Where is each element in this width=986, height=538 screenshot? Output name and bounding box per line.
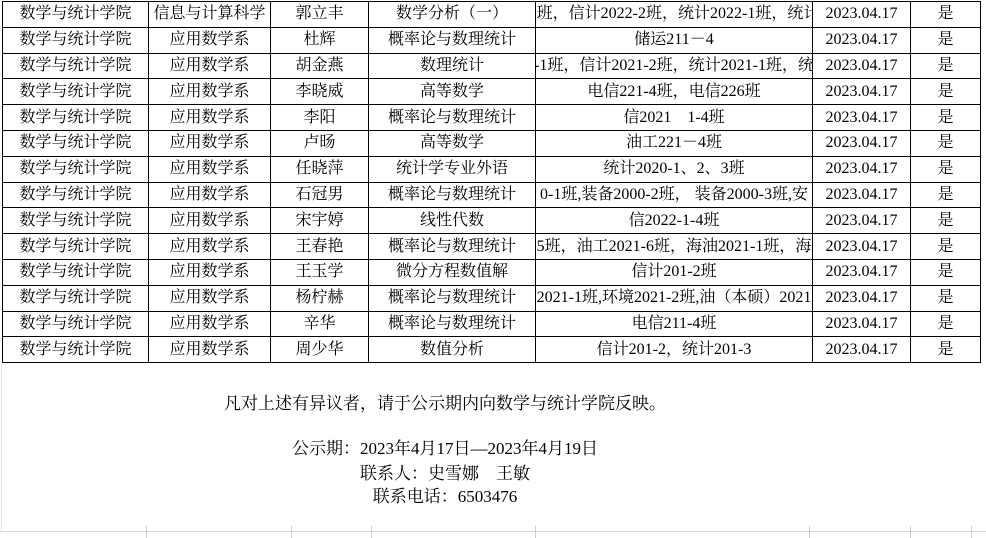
- sheet-gridline-tick: [146, 526, 147, 538]
- cell-teacher[interactable]: 杜辉: [271, 28, 369, 54]
- sheet-gridline-tick: [910, 526, 911, 538]
- cell-classes[interactable]: 统计2020-1、2、3班: [536, 157, 813, 183]
- cell-course[interactable]: 概率论与数理统计: [369, 234, 536, 260]
- cell-department[interactable]: 应用数学系: [149, 28, 271, 54]
- cell-college[interactable]: 数学与统计学院: [3, 260, 149, 286]
- cell-teacher[interactable]: 郭立丰: [271, 2, 369, 28]
- sheet-gridline-tick: [371, 526, 372, 538]
- table-row: 数学与统计学院 应用数学系 卢旸 高等数学 油工221－4班 2023.04.1…: [3, 131, 981, 157]
- cell-department[interactable]: 应用数学系: [149, 157, 271, 183]
- cell-confirm[interactable]: 是: [911, 157, 981, 183]
- cell-college[interactable]: 数学与统计学院: [3, 234, 149, 260]
- cell-date[interactable]: 2023.04.17: [813, 2, 911, 28]
- table-row: 数学与统计学院 应用数学系 宋宇婷 线性代数 信2022-1-4班 2023.0…: [3, 208, 981, 234]
- contact-phone: 联系电话：6503476: [0, 482, 890, 507]
- contact-persons: 联系人：史雪娜 王敏: [0, 459, 890, 484]
- cell-confirm[interactable]: 是: [911, 234, 981, 260]
- cell-department[interactable]: 应用数学系: [149, 286, 271, 312]
- cell-classes[interactable]: 信2021 1-4班: [536, 105, 813, 131]
- table-row: 数学与统计学院 应用数学系 杨柠赫 概率论与数理统计 2021-1班,环境202…: [3, 286, 981, 312]
- cell-course[interactable]: 数学分析（一）: [369, 2, 536, 28]
- cell-course[interactable]: 微分方程数值解: [369, 260, 536, 286]
- cell-classes[interactable]: 0-1班,装备2000-2班， 装备2000-3班,安: [536, 183, 813, 209]
- cell-course[interactable]: 数理统计: [369, 54, 536, 80]
- cell-course[interactable]: 概率论与数理统计: [369, 105, 536, 131]
- cell-department[interactable]: 应用数学系: [149, 337, 271, 363]
- cell-college[interactable]: 数学与统计学院: [3, 105, 149, 131]
- cell-course[interactable]: 统计学专业外语: [369, 157, 536, 183]
- cell-date[interactable]: 2023.04.17: [813, 312, 911, 338]
- cell-department[interactable]: 应用数学系: [149, 312, 271, 338]
- cell-teacher[interactable]: 周少华: [271, 337, 369, 363]
- cell-course[interactable]: 数值分析: [369, 337, 536, 363]
- cell-course[interactable]: 高等数学: [369, 131, 536, 157]
- cell-confirm[interactable]: 是: [911, 79, 981, 105]
- cell-classes[interactable]: 5班，油工2021-6班，海油2021-1班，海: [536, 234, 813, 260]
- cell-college[interactable]: 数学与统计学院: [3, 183, 149, 209]
- cell-college[interactable]: 数学与统计学院: [3, 131, 149, 157]
- cell-date[interactable]: 2023.04.17: [813, 286, 911, 312]
- cell-classes[interactable]: 信计201-2，统计201-3: [536, 337, 813, 363]
- cell-teacher[interactable]: 辛华: [271, 312, 369, 338]
- sheet-gridline-vertical-left: [1, 363, 2, 531]
- cell-teacher[interactable]: 李晓威: [271, 79, 369, 105]
- cell-teacher[interactable]: 王玉学: [271, 260, 369, 286]
- cell-department[interactable]: 应用数学系: [149, 131, 271, 157]
- cell-classes[interactable]: 电信211-4班: [536, 312, 813, 338]
- cell-course[interactable]: 概率论与数理统计: [369, 286, 536, 312]
- cell-college[interactable]: 数学与统计学院: [3, 54, 149, 80]
- cell-classes[interactable]: 储运211－4: [536, 28, 813, 54]
- cell-date[interactable]: 2023.04.17: [813, 28, 911, 54]
- cell-course[interactable]: 概率论与数理统计: [369, 28, 536, 54]
- cell-confirm[interactable]: 是: [911, 105, 981, 131]
- table-row: 数学与统计学院 应用数学系 石冠男 概率论与数理统计 0-1班,装备2000-2…: [3, 183, 981, 209]
- cell-date[interactable]: 2023.04.17: [813, 208, 911, 234]
- cell-course[interactable]: 高等数学: [369, 79, 536, 105]
- cell-confirm[interactable]: 是: [911, 28, 981, 54]
- table-row: 数学与统计学院 应用数学系 王春艳 概率论与数理统计 5班，油工2021-6班，…: [3, 234, 981, 260]
- course-publicity-table: 数学与统计学院 信息与计算科学 郭立丰 数学分析（一） 1班，信计2022-2班…: [2, 1, 981, 363]
- cell-college[interactable]: 数学与统计学院: [3, 286, 149, 312]
- cell-college[interactable]: 数学与统计学院: [3, 2, 149, 28]
- table-row: 数学与统计学院 应用数学系 任晓萍 统计学专业外语 统计2020-1、2、3班 …: [3, 157, 981, 183]
- cell-teacher[interactable]: 卢旸: [271, 131, 369, 157]
- table-row: 数学与统计学院 应用数学系 杜辉 概率论与数理统计 储运211－4 2023.0…: [3, 28, 981, 54]
- cell-college[interactable]: 数学与统计学院: [3, 79, 149, 105]
- cell-date[interactable]: 2023.04.17: [813, 157, 911, 183]
- table-row: 数学与统计学院 应用数学系 周少华 数值分析 信计201-2，统计201-3 2…: [3, 337, 981, 363]
- cell-confirm[interactable]: 是: [911, 286, 981, 312]
- sheet-gridline-tick: [971, 526, 972, 538]
- cell-classes[interactable]: 油工221－4班: [536, 131, 813, 157]
- cell-teacher[interactable]: 李阳: [271, 105, 369, 131]
- spreadsheet-page: 数学与统计学院 信息与计算科学 郭立丰 数学分析（一） 1班，信计2022-2班…: [0, 0, 986, 538]
- cell-confirm[interactable]: 是: [911, 54, 981, 80]
- cell-teacher[interactable]: 王春艳: [271, 234, 369, 260]
- cell-confirm[interactable]: 是: [911, 260, 981, 286]
- cell-teacher[interactable]: 杨柠赫: [271, 286, 369, 312]
- cell-college[interactable]: 数学与统计学院: [3, 312, 149, 338]
- table-row: 数学与统计学院 应用数学系 胡金燕 数理统计 -1班，信计2021-2班，统计2…: [3, 54, 981, 80]
- table-row: 数学与统计学院 应用数学系 李阳 概率论与数理统计 信2021 1-4班 202…: [3, 105, 981, 131]
- cell-confirm[interactable]: 是: [911, 312, 981, 338]
- cell-college[interactable]: 数学与统计学院: [3, 337, 149, 363]
- cell-college[interactable]: 数学与统计学院: [3, 28, 149, 54]
- cell-classes[interactable]: 信计201-2班: [536, 260, 813, 286]
- cell-confirm[interactable]: 是: [911, 208, 981, 234]
- cell-confirm[interactable]: 是: [911, 2, 981, 28]
- cell-confirm[interactable]: 是: [911, 131, 981, 157]
- table-row: 数学与统计学院 应用数学系 辛华 概率论与数理统计 电信211-4班 2023.…: [3, 312, 981, 338]
- cell-department[interactable]: 应用数学系: [149, 54, 271, 80]
- sheet-gridline-tick: [809, 526, 810, 538]
- table-row: 数学与统计学院 应用数学系 王玉学 微分方程数值解 信计201-2班 2023.…: [3, 260, 981, 286]
- cell-date[interactable]: 2023.04.17: [813, 260, 911, 286]
- cell-department[interactable]: 应用数学系: [149, 234, 271, 260]
- cell-college[interactable]: 数学与统计学院: [3, 157, 149, 183]
- cell-classes[interactable]: 2021-1班,环境2021-2班,油（本硕）2021: [536, 286, 813, 312]
- sheet-gridline-tick: [291, 526, 292, 538]
- objection-notice: 凡对上述有异议者，请于公示期内向数学与统计学院反映。: [0, 389, 890, 414]
- cell-course[interactable]: 概率论与数理统计: [369, 183, 536, 209]
- cell-department[interactable]: 应用数学系: [149, 260, 271, 286]
- table-row: 数学与统计学院 应用数学系 李晓威 高等数学 电信221-4班，电信226班 2…: [3, 79, 981, 105]
- cell-date[interactable]: 2023.04.17: [813, 337, 911, 363]
- cell-teacher[interactable]: 任晓萍: [271, 157, 369, 183]
- cell-date[interactable]: 2023.04.17: [813, 79, 911, 105]
- cell-date[interactable]: 2023.04.17: [813, 131, 911, 157]
- cell-teacher[interactable]: 宋宇婷: [271, 208, 369, 234]
- cell-department[interactable]: 应用数学系: [149, 105, 271, 131]
- table-row: 数学与统计学院 信息与计算科学 郭立丰 数学分析（一） 1班，信计2022-2班…: [3, 2, 981, 28]
- cell-course[interactable]: 线性代数: [369, 208, 536, 234]
- cell-confirm[interactable]: 是: [911, 337, 981, 363]
- cell-date[interactable]: 2023.04.17: [813, 105, 911, 131]
- sheet-gridline-tick: [535, 526, 536, 538]
- cell-department[interactable]: 应用数学系: [149, 208, 271, 234]
- cell-classes[interactable]: 信2022-1-4班: [536, 208, 813, 234]
- cell-department[interactable]: 应用数学系: [149, 183, 271, 209]
- cell-teacher[interactable]: 石冠男: [271, 183, 369, 209]
- cell-college[interactable]: 数学与统计学院: [3, 208, 149, 234]
- cell-confirm[interactable]: 是: [911, 183, 981, 209]
- cell-classes[interactable]: 1班，信计2022-2班，统计2022-1班，统计: [536, 2, 813, 28]
- cell-date[interactable]: 2023.04.17: [813, 234, 911, 260]
- sheet-gridline-horizontal: [0, 531, 986, 532]
- cell-course[interactable]: 概率论与数理统计: [369, 312, 536, 338]
- cell-classes[interactable]: 电信221-4班，电信226班: [536, 79, 813, 105]
- cell-date[interactable]: 2023.04.17: [813, 183, 911, 209]
- cell-teacher[interactable]: 胡金燕: [271, 54, 369, 80]
- cell-department[interactable]: 应用数学系: [149, 79, 271, 105]
- publicity-period: 公示期：2023年4月17日—2023年4月19日: [0, 434, 890, 459]
- cell-classes[interactable]: -1班，信计2021-2班，统计2021-1班，统: [536, 54, 813, 80]
- cell-department[interactable]: 信息与计算科学: [149, 2, 271, 28]
- cell-date[interactable]: 2023.04.17: [813, 54, 911, 80]
